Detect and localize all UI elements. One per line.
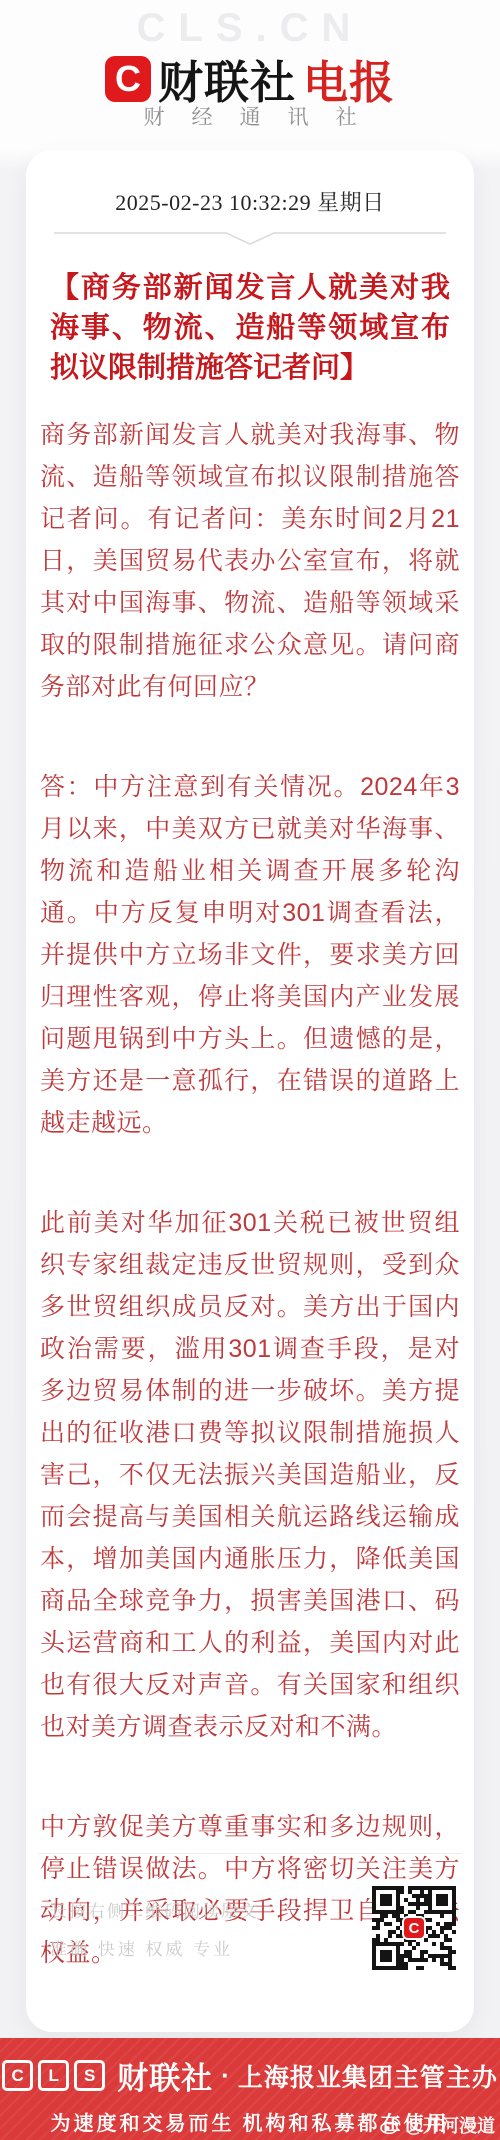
article-paragraph: 答：中方注意到有关情况。2024年3月以来，中美双方已就美对华海事、物流和造船业… bbox=[40, 766, 460, 1144]
weibo-handle: @开河漫道 bbox=[405, 2112, 495, 2138]
weibo-watermark: @开河漫道 bbox=[380, 2112, 495, 2138]
weibo-icon bbox=[380, 2116, 402, 2134]
cls-letter-boxes: CLS bbox=[2, 2060, 105, 2091]
cls-letter-box: C bbox=[2, 2060, 33, 2091]
share-card-screenshot: CLS.CN C 财联社 电报 财经通讯社 2025-02-23 10:32:2… bbox=[0, 0, 500, 2140]
footer-brand: 财联社 bbox=[117, 2053, 213, 2098]
cls-letter-box: S bbox=[74, 2060, 105, 2091]
footer-bar: CLS 财联社 · 上海报业集团主管主办 为速度和交易而生 机构和私募都在使用 … bbox=[0, 2038, 500, 2140]
article-title: 【商务部新闻发言人就美对我海事、物流、造船等领域宣布拟议限制措施答记者问】 bbox=[50, 268, 450, 388]
masthead: CLS.CN C 财联社 电报 财经通讯社 bbox=[0, 0, 500, 150]
article-paragraph: 此前美对华加征301关税已被世贸组织专家组裁定违反世贸规则，受到众多世贸组织成员… bbox=[40, 1202, 460, 1748]
publish-datetime: 2025-02-23 10:32:29 星期日 bbox=[40, 186, 460, 217]
brand-subtitle: 财经通讯社 bbox=[0, 101, 500, 131]
article-paragraph: 商务部新闻发言人就美对我海事、物流、造船等领域宣布拟议限制措施答记者问。有记者问… bbox=[40, 414, 460, 708]
cls-cn-watermark: CLS.CN bbox=[0, 6, 500, 51]
chevron-divider bbox=[40, 231, 460, 246]
footer-bar-brand-row: CLS 财联社 · 上海报业集团主管主办 bbox=[0, 2053, 500, 2098]
qr-code: C bbox=[372, 1886, 456, 1970]
qr-instruction: 长按右侧二维码阅读原文 准确 快速 权威 专业 bbox=[50, 1897, 259, 1960]
card-footer: 长按右侧二维码阅读原文 准确 快速 权威 专业 C bbox=[36, 1853, 464, 1970]
cls-letter-box: L bbox=[38, 2060, 69, 2091]
qr-center-c-logo-icon: C bbox=[402, 1916, 426, 1940]
footer-separator-dot: · bbox=[221, 2060, 230, 2091]
qr-instruction-line2: 准确 快速 权威 专业 bbox=[50, 1935, 259, 1960]
qr-instruction-line1: 长按右侧二维码阅读原文 bbox=[50, 1897, 259, 1922]
cls-c-logo-icon: C bbox=[105, 56, 151, 102]
footer-divider bbox=[38, 1853, 462, 1854]
footer-organizer: 上海报业集团主管主办 bbox=[238, 2058, 498, 2094]
article-card: 2025-02-23 10:32:29 星期日 【商务部新闻发言人就美对我海事、… bbox=[26, 150, 474, 2032]
